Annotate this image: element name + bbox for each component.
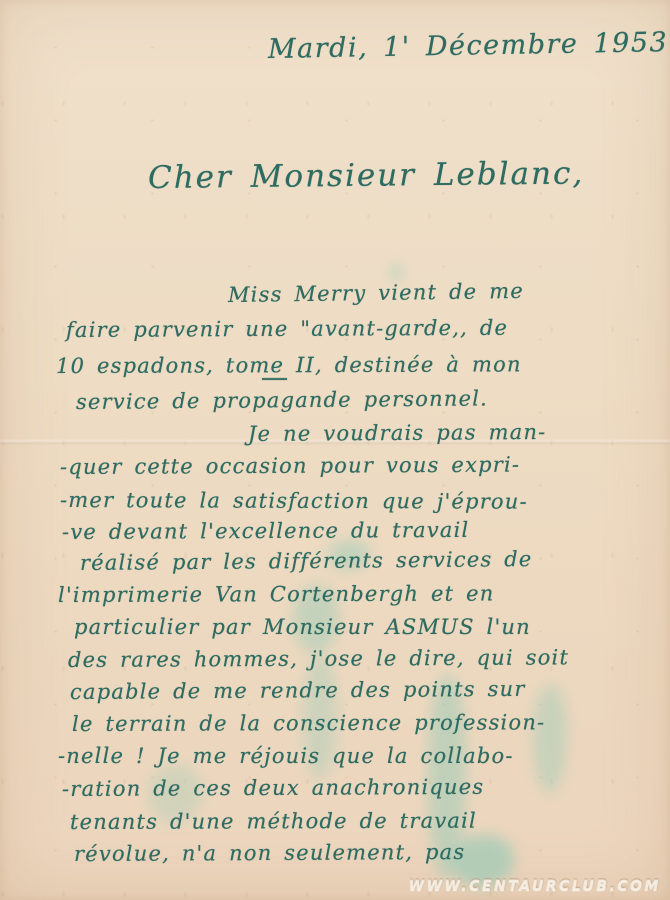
letter-line: faire parvenir une "avant-garde,, de xyxy=(66,316,508,342)
tome-ii-underline xyxy=(262,378,287,380)
letter-line: 10 espadons, tome II, destinée à mon xyxy=(56,352,522,378)
letter-line: -ve devant l'excellence du travail xyxy=(62,518,470,544)
letter-line: l'imprimerie Van Cortenbergh et en xyxy=(58,581,495,607)
letter-line: -mer toute la satisfaction que j'éprou- xyxy=(60,488,528,514)
letter-line: service de propagande personnel. xyxy=(76,386,488,414)
ink-stain xyxy=(533,685,567,793)
watermark: WWW.CENTAURCLUB.COM xyxy=(409,878,661,894)
letter-line: -nelle ! Je me réjouis que la collabo- xyxy=(58,744,514,768)
letter-line: Je ne voudrais pas man- xyxy=(248,420,547,446)
letter-line: des rares hommes, j'ose le dire, qui soi… xyxy=(68,645,569,672)
salutation: Cher Monsieur Leblanc, xyxy=(148,155,585,196)
letter-line: révolue, n'a non seulement, pas xyxy=(74,840,465,866)
letter-line: capable de me rendre des points sur xyxy=(70,677,526,704)
letter-line: le terrain de la conscience profession- xyxy=(72,710,545,736)
letter-line: tenants d'une méthode de travail xyxy=(70,809,477,834)
letter-line: Miss Merry vient de me xyxy=(228,279,524,307)
letter-line: réalisé par les différents services de xyxy=(80,547,533,575)
ink-stain xyxy=(390,266,403,279)
letter-page: Mardi, 1' Décembre 1953. Cher Monsieur L… xyxy=(0,0,670,900)
date-line: Mardi, 1' Décembre 1953. xyxy=(268,27,670,65)
letter-line: particulier par Monsieur ASMUS l'un xyxy=(74,615,531,639)
letter-line: -quer cette occasion pour vous expri- xyxy=(60,453,520,479)
letter-line: -ration de ces deux anachroniques xyxy=(62,775,484,801)
